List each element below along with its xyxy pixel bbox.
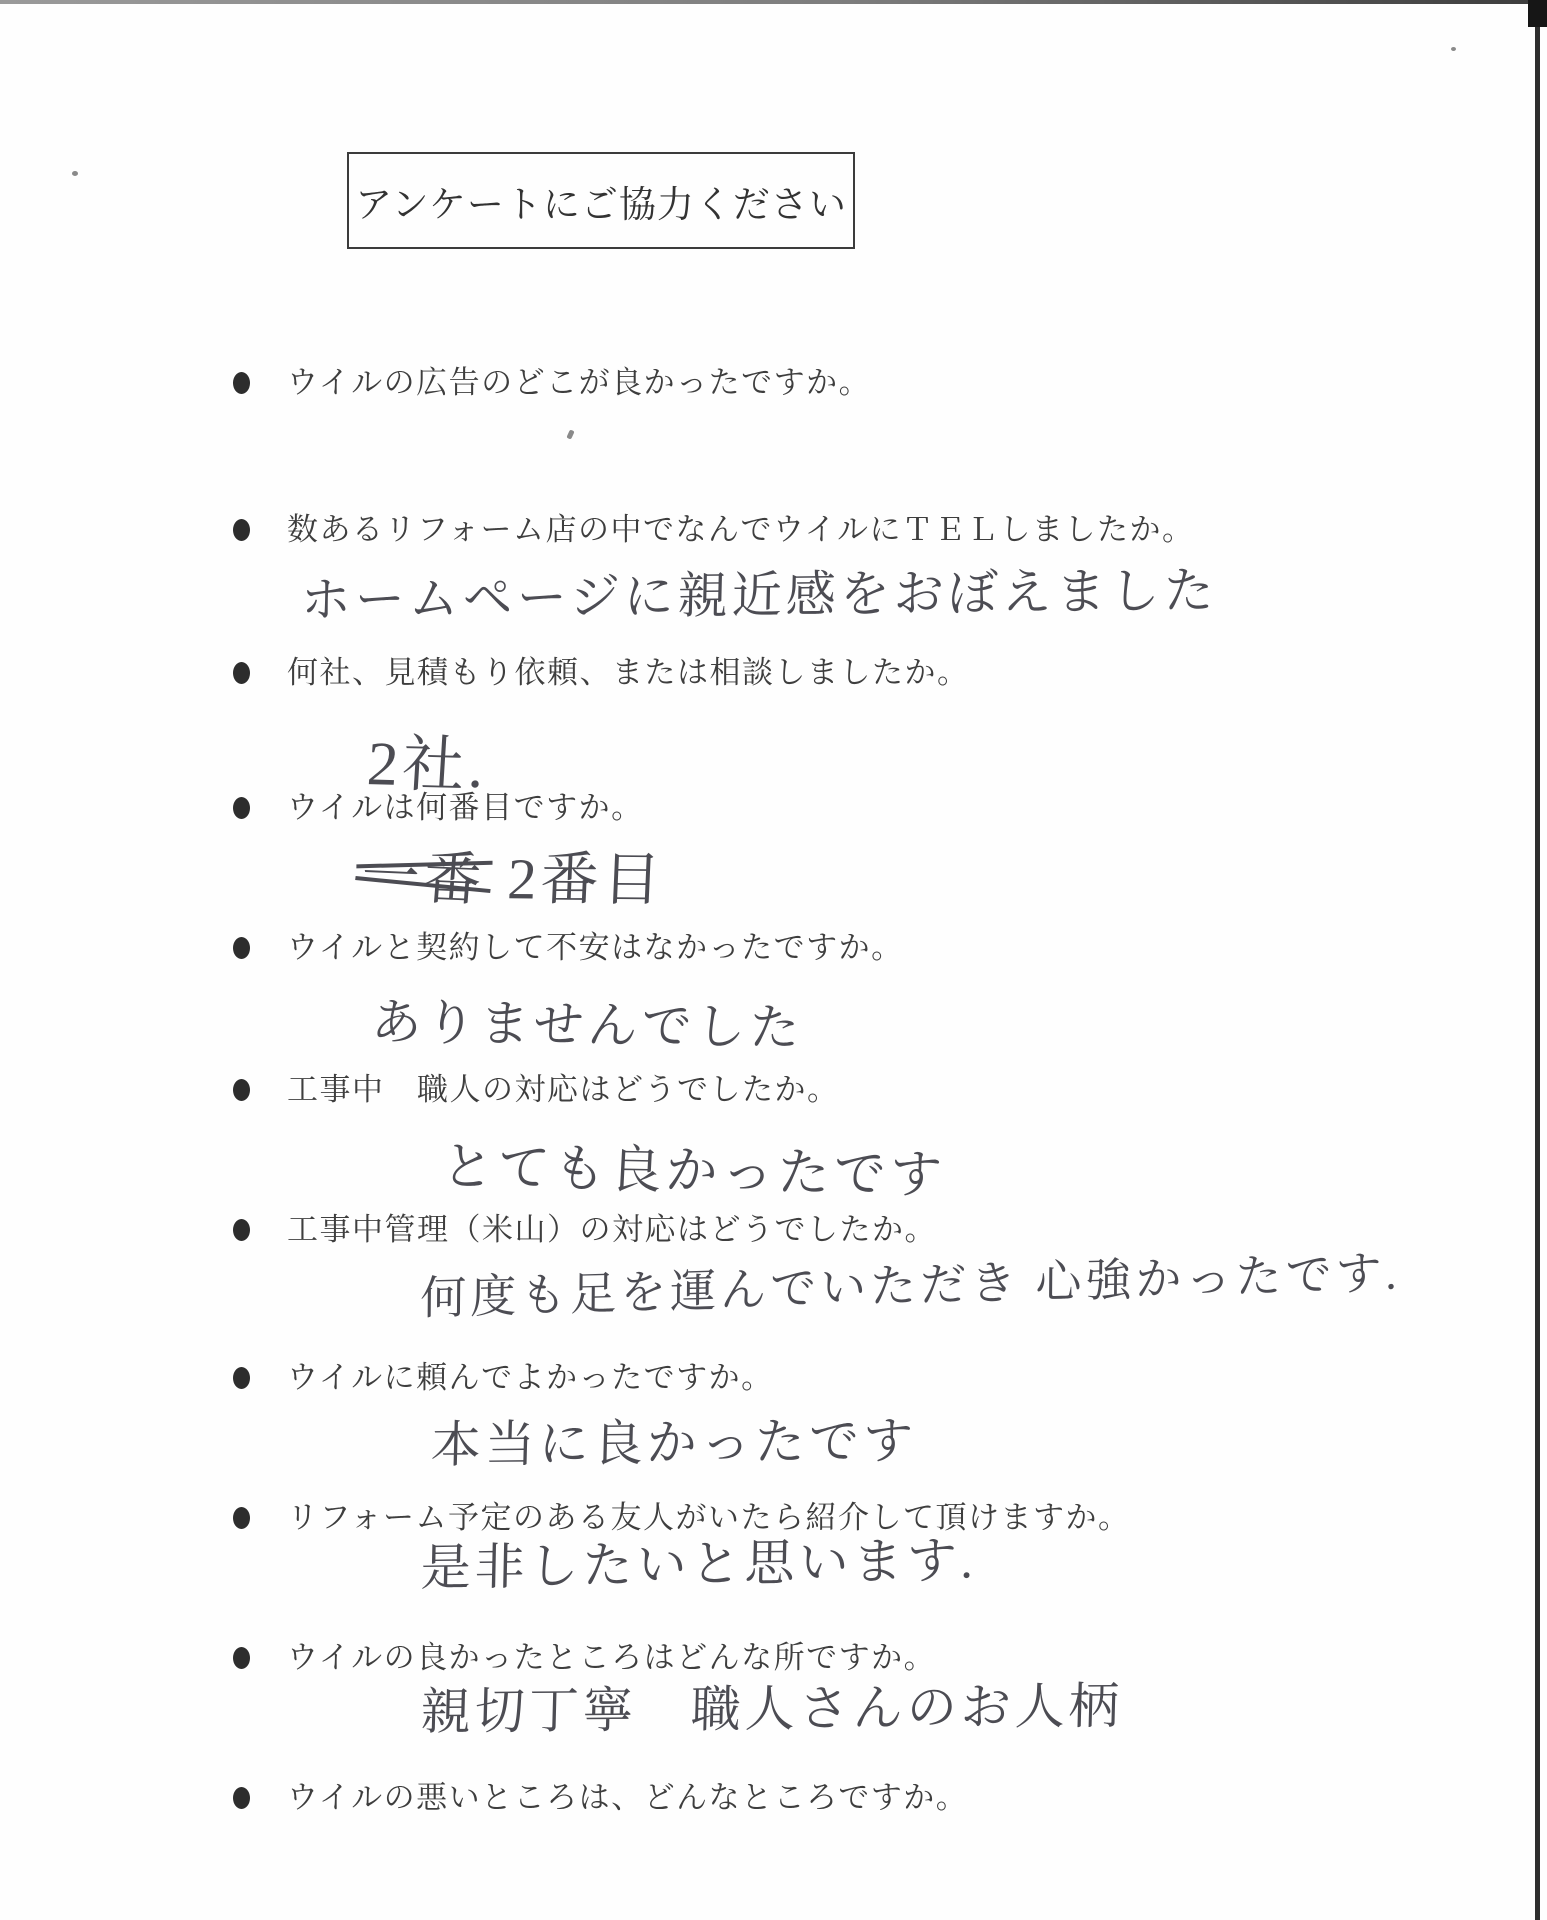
question-line: 数あるリフォーム店の中でなんでウイルにＴＥＬしましたか。 xyxy=(233,512,1195,548)
bullet-icon xyxy=(233,937,250,959)
question-text: ウイルに頼んでよかったですか。 xyxy=(287,1360,774,1396)
question-text: 工事中管理（米山）の対応はどうでしたか。 xyxy=(287,1212,937,1248)
question-text: 何社、見積もり依頼、または相談しましたか。 xyxy=(287,655,970,691)
question-line: 何社、見積もり依頼、または相談しましたか。 xyxy=(233,655,970,691)
scan-corner-artifact xyxy=(1528,0,1547,27)
question-text: ウイルの悪いところは、どんなところですか。 xyxy=(287,1780,968,1816)
scan-speck xyxy=(566,429,574,439)
scan-speck xyxy=(1451,47,1456,51)
handwritten-answer: ホームページに親近感をおぼえました xyxy=(300,550,1219,632)
handwritten-answer: ありませんでした xyxy=(370,982,805,1060)
scan-edge-top xyxy=(0,0,1547,4)
bullet-icon xyxy=(233,797,250,819)
question-text: ウイルは何番目ですか。 xyxy=(287,790,644,826)
bullet-icon xyxy=(233,372,250,394)
question-line: ウイルの広告のどこが良かったですか。 xyxy=(233,365,871,401)
question-line: ウイルと契約して不安はなかったですか。 xyxy=(233,930,904,966)
handwritten-answer: 是非したいと思います. xyxy=(420,1520,978,1600)
question-line: 工事中 職人の対応はどうでしたか。 xyxy=(233,1072,840,1108)
bullet-icon xyxy=(233,1079,250,1101)
crossed-out-text: 一番 xyxy=(359,828,489,917)
question-text: 数あるリフォーム店の中でなんでウイルにＴＥＬしましたか。 xyxy=(287,512,1195,548)
scan-edge-right xyxy=(1535,0,1540,1920)
question-line: ウイルの悪いところは、どんなところですか。 xyxy=(233,1780,968,1816)
question-text: 工事中 職人の対応はどうでしたか。 xyxy=(287,1072,840,1108)
handwritten-answer: 親切丁寧 職人さんのお人柄 xyxy=(420,1666,1124,1744)
question-text: ウイルの広告のどこが良かったですか。 xyxy=(287,365,871,401)
question-text: ウイルと契約して不安はなかったですか。 xyxy=(287,930,904,966)
scan-speck xyxy=(72,171,78,176)
question-line: 工事中管理（米山）の対応はどうでしたか。 xyxy=(233,1212,937,1248)
bullet-icon xyxy=(233,1219,250,1241)
bullet-icon xyxy=(233,1787,250,1809)
bullet-icon xyxy=(233,1367,250,1389)
question-line: ウイルは何番目ですか。 xyxy=(233,790,644,826)
bullet-icon xyxy=(233,519,250,541)
bullet-icon xyxy=(233,1647,250,1669)
bullet-icon xyxy=(233,662,250,684)
handwritten-answer: 何度も足を運んでいただき 心強かったです. xyxy=(420,1236,1401,1328)
bullet-icon xyxy=(233,1507,250,1529)
scanned-survey-page: アンケートにご協力ください ウイルの広告のどこが良かったですか。 数あるリフォー… xyxy=(0,0,1547,1920)
handwritten-answer: 一番2番目 xyxy=(360,830,667,917)
handwritten-answer: 本当に良かったです xyxy=(430,1401,918,1477)
question-line: ウイルに頼んでよかったですか。 xyxy=(233,1360,774,1396)
survey-title-box: アンケートにご協力ください xyxy=(347,152,855,249)
handwritten-answer: とても良かったです xyxy=(440,1124,948,1208)
survey-title: アンケートにご協力ください xyxy=(355,174,847,228)
